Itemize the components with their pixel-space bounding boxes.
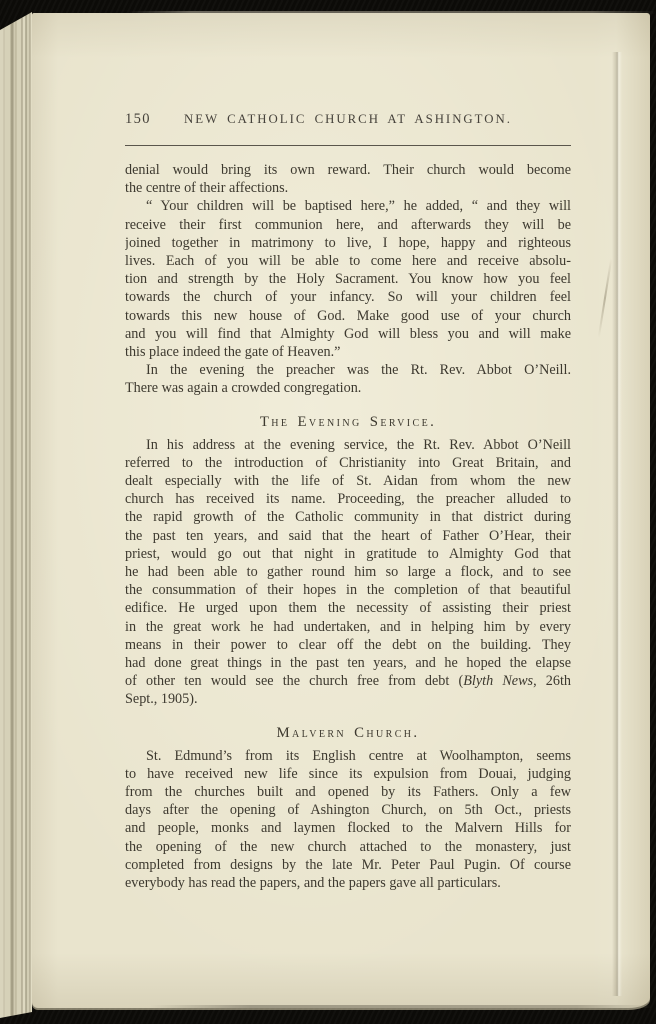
text-line: and people, monks and laymen flocked to … (125, 819, 571, 837)
header-rule (125, 145, 571, 146)
section-heading: The Evening Service. (125, 413, 571, 431)
text-line: had done great things in the past ten ye… (125, 654, 571, 672)
text-line: St. Edmund’s from its English centre at … (125, 747, 571, 765)
text-line: he had been able to gather round him so … (125, 563, 571, 581)
paragraph: In the evening the preacher was the Rt. … (125, 361, 571, 397)
text-line: of other ten would see the church free f… (125, 672, 571, 690)
text-line: completed from designs by the late Mr. P… (125, 856, 571, 874)
text-line: towards this new house of God. Make good… (125, 307, 571, 325)
page-number: 150 (125, 111, 151, 128)
text-line: the opening of the new church attached t… (125, 838, 571, 856)
text-line: “ Your children will be baptised here,” … (125, 197, 571, 215)
text-line: the centre of their affections. (125, 179, 571, 197)
text-line: In his address at the evening service, t… (125, 436, 571, 454)
text-line: receive their first communion here, and … (125, 216, 571, 234)
text-line: the past ten years, and said that the he… (125, 527, 571, 545)
text-line: days after the opening of Ashington Chur… (125, 801, 571, 819)
text-line: priest, would go out that night in grati… (125, 545, 571, 563)
text-line: joined together in matrimony to live, I … (125, 234, 571, 252)
text-line: everybody has read the papers, and the p… (125, 874, 571, 892)
page-gutter-crease (612, 52, 622, 996)
paragraph: In his address at the evening service, t… (125, 436, 571, 709)
text-line: There was again a crowded congregation. (125, 379, 571, 397)
paper-page: 150 NEW CATHOLIC CHURCH AT ASHINGTON. de… (32, 13, 650, 1008)
text-line: In the evening the preacher was the Rt. … (125, 361, 571, 379)
paragraph: St. Edmund’s from its English centre at … (125, 747, 571, 893)
text-line: the consummation of their hopes in the c… (125, 581, 571, 599)
text-line: Sept., 1905). (125, 690, 571, 708)
cover-board-edge-bottom (150, 1005, 652, 1008)
running-head: 150 NEW CATHOLIC CHURCH AT ASHINGTON. (125, 110, 571, 130)
text-line: denial would bring its own reward. Their… (125, 161, 571, 179)
text-line: lives. Each of you will be able to come … (125, 252, 571, 270)
paragraph: “ Your children will be baptised here,” … (125, 197, 571, 361)
text-line: dealt especially with the life of St. Ai… (125, 472, 571, 490)
text-line: means in their power to clear off the de… (125, 636, 571, 654)
page-body: denial would bring its own reward. Their… (125, 161, 571, 892)
text-line: edifice. He urged upon them the necessit… (125, 599, 571, 617)
paragraph: denial would bring its own reward. Their… (125, 161, 571, 197)
stacked-page-edges (0, 12, 32, 1018)
text-line: and you will find that Almighty God will… (125, 325, 571, 343)
text-line: referred to the introduction of Christia… (125, 454, 571, 472)
text-line: to have received new life since its expu… (125, 765, 571, 783)
running-title: NEW CATHOLIC CHURCH AT ASHINGTON. (125, 110, 571, 127)
text-line: church has received its name. Proceeding… (125, 490, 571, 508)
text-line: in the great work he had undertaken, and… (125, 618, 571, 636)
section-heading: Malvern Church. (125, 724, 571, 742)
text-line: towards the church of your infancy. So w… (125, 288, 571, 306)
text-line: from the churches built and opened by it… (125, 783, 571, 801)
text-line: tion and strength by the Holy Sacrament.… (125, 270, 571, 288)
text-line: the rapid growth of the Catholic communi… (125, 508, 571, 526)
text-line: this place indeed the gate of Heaven.” (125, 343, 571, 361)
